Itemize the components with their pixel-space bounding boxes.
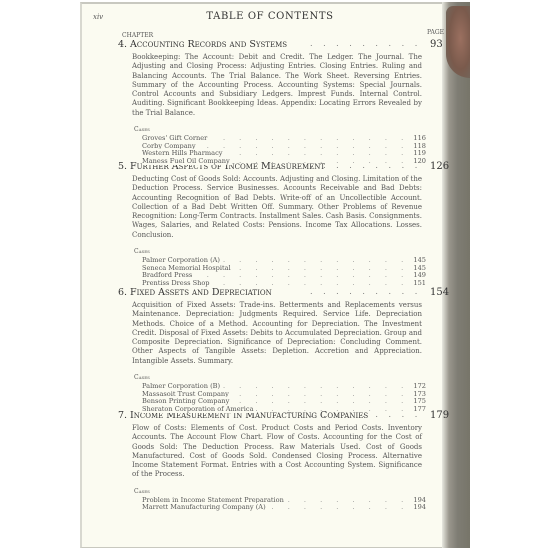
- chapter-entry: 4.Accounting Records and Systems. . . . …: [100, 39, 460, 164]
- case-entry[interactable]: Palmer Corporation (B). . . . . . . . . …: [142, 382, 434, 390]
- case-name: Groves' Gift Corner: [142, 134, 209, 142]
- chapter-heading[interactable]: 6.Fixed Assets and Depreciation. . . . .…: [100, 287, 460, 301]
- cases-list: CasesPalmer Corporation (A). . . . . . .…: [134, 248, 434, 286]
- chapter-page: 126: [430, 161, 449, 172]
- case-page: 151: [413, 279, 426, 287]
- chapter-entry: 6.Fixed Assets and Depreciation. . . . .…: [100, 287, 460, 412]
- cases-list: CasesPalmer Corporation (B). . . . . . .…: [134, 374, 434, 412]
- case-name: Maness Fuel Oil Company: [142, 157, 232, 165]
- page-column-label: PAGE: [427, 29, 444, 36]
- chapter-page: 179: [430, 410, 449, 421]
- chapter-entry: 7.Income Measurement in Manufacturing Co…: [100, 410, 460, 511]
- case-entry[interactable]: Western Hills Pharmacy. . . . . . . . . …: [142, 149, 434, 157]
- chapter-title: Fixed Assets and Depreciation: [130, 287, 272, 298]
- chapter-heading[interactable]: 4.Accounting Records and Systems. . . . …: [100, 39, 460, 53]
- case-entry[interactable]: Benson Printing Company. . . . . . . . .…: [142, 397, 434, 405]
- chapter-page: 93: [430, 39, 443, 50]
- case-name: Prentiss Dress Shop: [142, 279, 212, 287]
- chapter-title: Accounting Records and Systems: [130, 39, 287, 50]
- chapter-column-label: CHAPTER: [122, 32, 153, 39]
- leader-dots: . . . . . . . . . . . . .: [310, 410, 420, 419]
- chapter-page: 154: [430, 287, 449, 298]
- cases-list: CasesProblem in Income Statement Prepara…: [134, 488, 434, 511]
- case-name: Sheraton Corporation of America: [142, 405, 256, 413]
- cases-list: CasesGroves' Gift Corner. . . . . . . . …: [134, 126, 434, 164]
- chapter-number: 6.: [118, 287, 127, 298]
- chapter-description: Deducting Cost of Goods Sold: Accounts. …: [132, 175, 422, 240]
- case-name: Marrett Manufacturing Company (A): [142, 503, 268, 511]
- page-title: TABLE OF CONTENTS: [100, 11, 440, 22]
- chapter-number: 4.: [118, 39, 127, 50]
- chapter-description: Flow of Costs: Elements of Cost. Product…: [132, 424, 422, 480]
- leader-dots: . . . . . . . . . . . . .: [310, 161, 420, 170]
- case-page: 120: [413, 157, 426, 165]
- cases-label: Cases: [134, 488, 434, 496]
- case-page: 177: [413, 405, 426, 413]
- cases-label: Cases: [134, 374, 434, 382]
- leader-dots: . . . . . . . . . . . . .: [310, 39, 420, 48]
- chapter-number: 7.: [118, 410, 127, 421]
- case-name: Palmer Corporation (A): [142, 256, 222, 264]
- chapter-number: 5.: [118, 161, 127, 172]
- case-entry[interactable]: Bradford Press. . . . . . . . . . . . . …: [142, 271, 434, 279]
- cases-label: Cases: [134, 248, 434, 256]
- chapter-entry: 5.Further Aspects of Income Measurement.…: [100, 161, 460, 286]
- chapter-description: Bookkeeping: The Account: Debit and Cred…: [132, 53, 422, 118]
- case-page: 194: [413, 503, 426, 511]
- leader-dots: . . . . . . . . . . . . .: [310, 287, 420, 296]
- case-entry[interactable]: Palmer Corporation (A). . . . . . . . . …: [142, 256, 434, 264]
- case-name: Palmer Corporation (B): [142, 382, 222, 390]
- case-entry[interactable]: Marrett Manufacturing Company (A). . . .…: [142, 503, 434, 511]
- chapter-description: Acquisition of Fixed Assets: Trade-ins. …: [132, 301, 422, 366]
- cases-label: Cases: [134, 126, 434, 134]
- case-entry[interactable]: Prentiss Dress Shop. . . . . . . . . . .…: [142, 279, 434, 287]
- case-entry[interactable]: Groves' Gift Corner. . . . . . . . . . .…: [142, 134, 434, 142]
